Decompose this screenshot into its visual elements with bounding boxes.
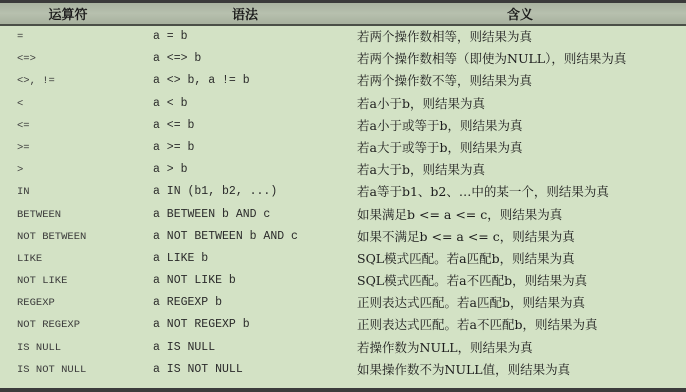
table-row: NOT BETWEEN a NOT BETWEEN b AND c 如果不满足b… xyxy=(0,226,686,248)
table-row: < a < b 若a小于b，则结果为真 xyxy=(0,93,686,115)
syntax-cell: a REGEXP b xyxy=(153,292,222,314)
table-row: IN a IN (b1, b2, ...) 若a等于b1、b2、…中的某一个，则… xyxy=(0,181,686,203)
header-syntax: 语法 xyxy=(136,4,354,23)
operator-cell: NOT LIKE xyxy=(17,270,67,292)
operator-cell: LIKE xyxy=(17,248,42,270)
meaning-cell: 正则表达式匹配。若a不匹配b，则结果为真 xyxy=(357,314,597,336)
meaning-cell: 若a等于b1、b2、…中的某一个，则结果为真 xyxy=(357,181,609,203)
meaning-cell: 如果不满足b <= a <= c，则结果为真 xyxy=(357,226,575,248)
syntax-cell: a IS NULL xyxy=(153,337,215,359)
syntax-cell: a NOT REGEXP b xyxy=(153,314,250,336)
meaning-cell: 若a大于b，则结果为真 xyxy=(357,159,485,181)
table-row: NOT LIKE a NOT LIKE b SQL模式匹配。若a不匹配b，则结果… xyxy=(0,270,686,292)
operator-cell: BETWEEN xyxy=(17,204,61,226)
syntax-cell: a <> b, a != b xyxy=(153,70,250,92)
operator-cell: <=> xyxy=(17,48,36,70)
syntax-cell: a IN (b1, b2, ...) xyxy=(153,181,277,203)
operator-cell: >= xyxy=(17,137,30,159)
meaning-cell: 正则表达式匹配。若a匹配b，则结果为真 xyxy=(357,292,585,314)
operator-cell: = xyxy=(17,26,23,48)
table-row: = a = b 若两个操作数相等，则结果为真 xyxy=(0,26,686,48)
meaning-cell: 如果操作数不为NULL值，则结果为真 xyxy=(357,359,570,381)
syntax-cell: a = b xyxy=(153,26,188,48)
meaning-cell: 若操作数为NULL，则结果为真 xyxy=(357,337,533,359)
operator-cell: NOT REGEXP xyxy=(17,314,80,336)
operator-cell: NOT BETWEEN xyxy=(17,226,86,248)
table-row: NOT REGEXP a NOT REGEXP b 正则表达式匹配。若a不匹配b… xyxy=(0,314,686,336)
comparison-operators-table: 运算符 语法 含义 = a = b 若两个操作数相等，则结果为真 <=> a <… xyxy=(0,0,686,392)
table-row: > a > b 若a大于b，则结果为真 xyxy=(0,159,686,181)
table-row: LIKE a LIKE b SQL模式匹配。若a匹配b，则结果为真 xyxy=(0,248,686,270)
meaning-cell: 若a小于或等于b，则结果为真 xyxy=(357,115,522,137)
table-row: IS NULL a IS NULL 若操作数为NULL，则结果为真 xyxy=(0,337,686,359)
syntax-cell: a NOT BETWEEN b AND c xyxy=(153,226,298,248)
table-header: 运算符 语法 含义 xyxy=(0,3,686,26)
meaning-cell: SQL模式匹配。若a匹配b，则结果为真 xyxy=(357,248,575,270)
syntax-cell: a > b xyxy=(153,159,188,181)
operator-cell: REGEXP xyxy=(17,292,55,314)
meaning-cell: 若两个操作数相等（即使为NULL），则结果为真 xyxy=(357,48,626,70)
operator-cell: <= xyxy=(17,115,30,137)
table-body: = a = b 若两个操作数相等，则结果为真 <=> a <=> b 若两个操作… xyxy=(0,26,686,381)
syntax-cell: a < b xyxy=(153,93,188,115)
meaning-cell: 若两个操作数相等，则结果为真 xyxy=(357,26,532,48)
table-row: >= a >= b 若a大于或等于b，则结果为真 xyxy=(0,137,686,159)
syntax-cell: a >= b xyxy=(153,137,194,159)
header-meaning: 含义 xyxy=(354,4,686,23)
table-row: <= a <= b 若a小于或等于b，则结果为真 xyxy=(0,115,686,137)
header-operator: 运算符 xyxy=(0,4,136,23)
meaning-cell: 若a小于b，则结果为真 xyxy=(357,93,485,115)
operator-cell: <>, != xyxy=(17,70,55,92)
operator-cell: < xyxy=(17,93,23,115)
syntax-cell: a IS NOT NULL xyxy=(153,359,243,381)
syntax-cell: a <= b xyxy=(153,115,194,137)
meaning-cell: 如果满足b <= a <= c，则结果为真 xyxy=(357,204,562,226)
operator-cell: IS NULL xyxy=(17,337,61,359)
syntax-cell: a NOT LIKE b xyxy=(153,270,236,292)
table-row: REGEXP a REGEXP b 正则表达式匹配。若a匹配b，则结果为真 xyxy=(0,292,686,314)
operator-cell: > xyxy=(17,159,23,181)
meaning-cell: SQL模式匹配。若a不匹配b，则结果为真 xyxy=(357,270,587,292)
table-row: BETWEEN a BETWEEN b AND c 如果满足b <= a <= … xyxy=(0,204,686,226)
syntax-cell: a BETWEEN b AND c xyxy=(153,204,270,226)
meaning-cell: 若两个操作数不等，则结果为真 xyxy=(357,70,532,92)
table-row: IS NOT NULL a IS NOT NULL 如果操作数不为NULL值，则… xyxy=(0,359,686,381)
table-row: <>, != a <> b, a != b 若两个操作数不等，则结果为真 xyxy=(0,70,686,92)
meaning-cell: 若a大于或等于b，则结果为真 xyxy=(357,137,522,159)
syntax-cell: a <=> b xyxy=(153,48,201,70)
operator-cell: IS NOT NULL xyxy=(17,359,86,381)
operator-cell: IN xyxy=(17,181,30,203)
syntax-cell: a LIKE b xyxy=(153,248,208,270)
bottom-rule xyxy=(0,388,686,392)
table-row: <=> a <=> b 若两个操作数相等（即使为NULL），则结果为真 xyxy=(0,48,686,70)
